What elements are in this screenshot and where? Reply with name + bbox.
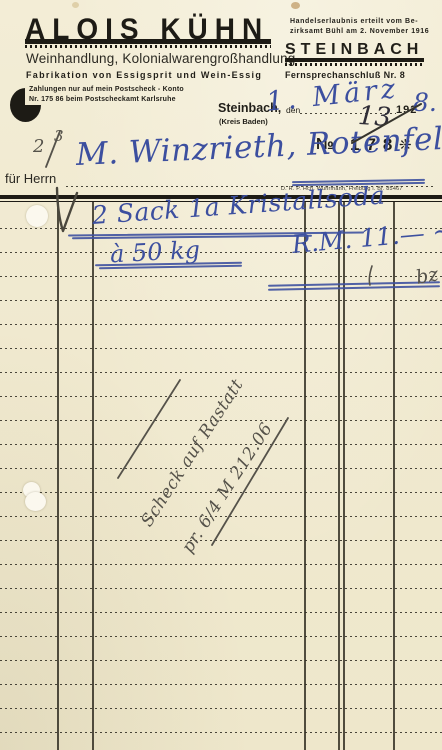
ruled-line xyxy=(0,372,442,373)
pencil-fraction-denominator: 3 xyxy=(54,127,64,145)
table-column-line xyxy=(57,202,59,750)
ruled-line xyxy=(0,588,442,589)
ruled-line xyxy=(0,660,442,661)
ruled-line xyxy=(0,300,442,301)
ruled-line xyxy=(0,276,442,277)
ruled-line xyxy=(0,732,442,733)
table-column-line xyxy=(393,202,395,750)
ruled-line xyxy=(0,708,442,709)
ruled-line xyxy=(0,636,442,637)
ruled-line xyxy=(0,348,442,349)
ruled-line xyxy=(0,612,442,613)
ruled-line xyxy=(0,468,442,469)
ruled-line xyxy=(0,324,442,325)
ruled-line xyxy=(0,564,442,565)
paper-stain-2 xyxy=(72,2,79,8)
paper-stain-1 xyxy=(291,2,300,9)
ruled-line xyxy=(0,684,442,685)
table-column-line xyxy=(92,202,94,750)
hole-punch-2b xyxy=(25,492,46,511)
invoice-document: ALOIS KÜHN Weinhandlung, Kolonialwarengr… xyxy=(0,0,442,750)
pencil-fraction-numerator: 2 xyxy=(33,136,44,157)
table-rules-layer xyxy=(0,0,442,750)
ruled-line xyxy=(0,540,442,541)
hole-punch-1 xyxy=(26,205,48,227)
ruled-line xyxy=(0,444,442,445)
pencil-paid-mark: bz xyxy=(414,263,440,289)
ruled-line xyxy=(0,252,442,253)
